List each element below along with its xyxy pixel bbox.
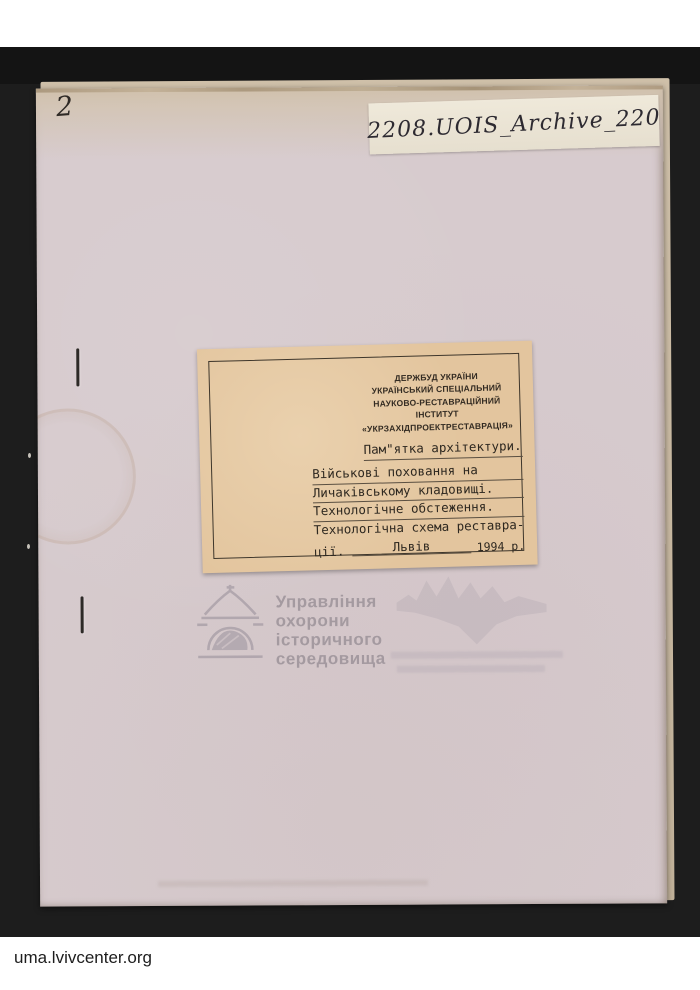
footer-strip: uma.lvivcenter.org [0, 937, 700, 990]
faint-watermark-caption [391, 651, 563, 659]
handwritten-page-number: 2 [55, 91, 74, 123]
staple-bottom [81, 596, 84, 633]
watermark-line-3: історичного [276, 630, 386, 650]
watermark-line-4: середовища [276, 649, 386, 669]
watermark-text: Управління охорони історичного середовищ… [276, 592, 386, 669]
archive-code-strip: 2208.UOIS_Archive_220 [368, 95, 659, 155]
city-name: Львів [352, 537, 471, 556]
title-line-5-prefix: ції. [314, 543, 344, 559]
faint-pencil-mark [158, 880, 428, 887]
scanner-background: 2 2208.UOIS_Archive_220 ДЕРЖБУД УКРАЇНИ … [0, 47, 700, 937]
watermark-line-2: охорони [276, 611, 386, 631]
dust-speck [28, 453, 31, 458]
year-text: 1994 р. [477, 538, 526, 554]
scanned-archive-image: 2 2208.UOIS_Archive_220 ДЕРЖБУД УКРАЇНИ … [0, 0, 700, 990]
paper-stain [36, 408, 136, 545]
institute-name-block: ДЕРЖБУД УКРАЇНИ УКРАЇНСЬКИЙ СПЕЦІАЛЬНИЙ … [348, 369, 527, 436]
dust-speck [27, 544, 30, 549]
faint-watermark-caption [397, 665, 545, 673]
heritage-office-emblem-icon [194, 578, 266, 670]
institute-title-label: ДЕРЖБУД УКРАЇНИ УКРАЇНСЬКИЙ СПЕЦІАЛЬНИЙ … [197, 341, 538, 574]
document-title-block: Військові поховання на Личаківському кла… [312, 461, 525, 559]
watermark-line-1: Управління [276, 592, 386, 612]
site-watermark-url: uma.lvivcenter.org [14, 948, 152, 968]
archive-code-text: 2208.UOIS_Archive_220 [367, 105, 662, 144]
staple-top [76, 348, 79, 386]
document-cover-page: 2 2208.UOIS_Archive_220 ДЕРЖБУД УКРАЇНИ … [36, 85, 667, 906]
city-skyline-watermark-icon [396, 570, 546, 655]
